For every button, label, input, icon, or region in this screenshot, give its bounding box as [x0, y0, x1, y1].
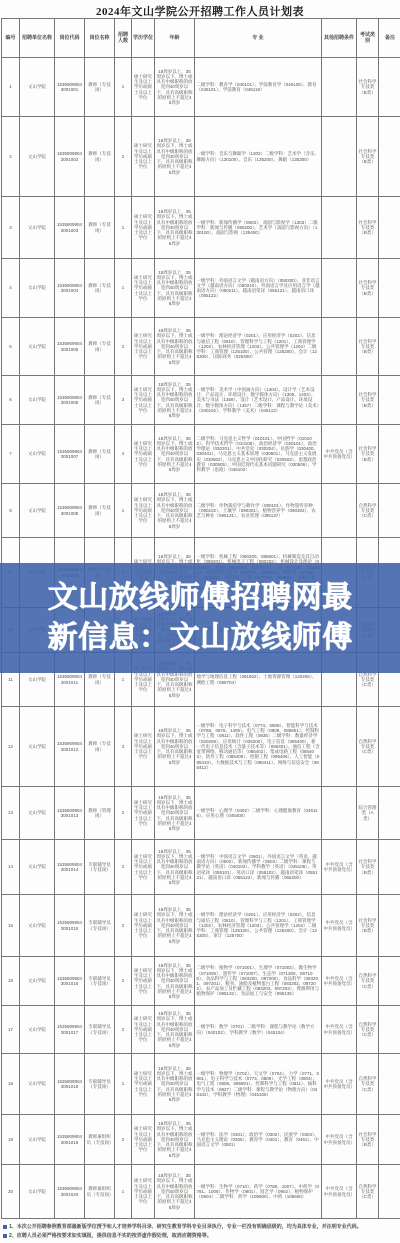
row-no: 6	[2, 376, 20, 425]
row-note	[379, 318, 400, 376]
column-header-age: 年龄	[155, 19, 195, 58]
row-exam: 综合管理类（A类）	[357, 787, 379, 840]
column-header-degree: 学历学位	[132, 19, 155, 58]
row-post: 教师兼组织员（专技岗）	[85, 1115, 115, 1165]
row-major: 一级学科：理论经济学（0201）、应用经济学（0202）、信息与通信工程（081…	[195, 895, 322, 957]
row-note	[379, 425, 400, 484]
row-other: 中共党员（含中共预备党员）	[322, 1115, 357, 1165]
row-other	[322, 117, 357, 197]
row-degree: 硕士研究生及以上学历或硕士及以上学位	[132, 197, 155, 259]
row-code: 1535909904 3001017	[55, 1006, 85, 1054]
column-header-no: 编号	[2, 19, 20, 58]
row-no: 15	[2, 895, 20, 957]
row-count: 1	[115, 259, 132, 318]
row-other	[322, 376, 357, 425]
row-major: 一级学科：外国语言文学（越南语方向）（050200）、亚非语言文学（越南语方向）…	[195, 259, 322, 318]
note-bullet-icon	[3, 1234, 7, 1238]
row-post: 教师（专技岗）	[85, 58, 115, 117]
row-no: 12	[2, 707, 20, 787]
row-post: 教师（专技岗）	[85, 707, 115, 787]
column-header-post: 岗位名称	[85, 19, 115, 58]
row-count: 1	[115, 197, 132, 259]
row-age: 18周岁以上，35周岁以下，博士或具有中级职称的放宽到40周岁以下，具有高级职称…	[155, 425, 195, 484]
row-code: 1535909904 3001004	[55, 259, 85, 318]
note-line: 2、应聘人员必须严格按要求如实填报，提供信息不实的按弄虚作假处理，取消应聘资格等…	[3, 1232, 397, 1241]
row-age: 18周岁以上，35周岁以下，博士或具有中级职称的放宽到40周岁以下，具有高级职称…	[155, 484, 195, 538]
row-post: 专职辅导员（专技岗）	[85, 1054, 115, 1115]
row-count: 3	[115, 376, 132, 425]
column-header-major: 专 业	[195, 19, 322, 58]
row-post: 专职辅导员（专技岗）	[85, 840, 115, 895]
table-row: 19文山学院1535909904 3001019教师兼组织员（专技岗）2硕士研究…	[2, 1115, 400, 1165]
row-post: 专职辅导员（专技岗）	[85, 957, 115, 1006]
row-major: 一级学科：心理学（0402）二级学科：心理健康教育（045116）、应用心理（0…	[195, 787, 322, 840]
row-count: 1	[115, 1165, 132, 1219]
row-unit: 文山学院	[20, 1165, 55, 1219]
row-code: 1535909904 3001007	[55, 425, 85, 484]
row-exam: 自然科学专技类（C类）	[357, 957, 379, 1006]
row-no: 13	[2, 787, 20, 840]
row-major: 一级学科：新闻传播学（0503）、戏剧与影视学（1303）二级学科：新闻与传播（…	[195, 197, 322, 259]
row-degree: 硕士研究生及以上学历或硕士及以上学位	[132, 117, 155, 197]
row-unit: 文山学院	[20, 484, 55, 538]
row-code: 1535909904 3001019	[55, 1115, 85, 1165]
row-exam: 社会科学专技类（B类）	[357, 318, 379, 376]
table-row: 8文山学院1535909904 3001008教师（专技岗）1硕士研究生及以上学…	[2, 484, 400, 538]
note-line: 1、本次公开招聘参照教育部最新版学位授予和人才培养学科目录、研究生教育学科专业目…	[3, 1223, 397, 1232]
row-no: 16	[2, 957, 20, 1006]
row-unit: 文山学院	[20, 707, 55, 787]
row-no: 1	[2, 58, 20, 117]
row-other: 中共党员（含中共预备党员）	[322, 1054, 357, 1115]
row-age: 18周岁以上，35周岁以下，博士或具有中级职称的放宽到40周岁以下，具有高级职称…	[155, 1006, 195, 1054]
row-exam: 自然科学专技类（C类）	[357, 1006, 379, 1054]
column-header-note: 备注	[379, 19, 400, 58]
row-code: 1535909904 3001018	[55, 1054, 85, 1115]
row-degree: 硕士研究生及以上学历或硕士及以上学位	[132, 957, 155, 1006]
row-major: 一级学科：数学（0701）二级学科：课程与教学论（数学方向）（040102）、学…	[195, 1006, 322, 1054]
row-degree: 硕士研究生及以上学历或硕士及以上学位	[132, 787, 155, 840]
row-no: 3	[2, 197, 20, 259]
column-header-count: 招聘人数	[115, 19, 132, 58]
row-exam: 自然科学专技类（C类）	[357, 1165, 379, 1219]
row-note	[379, 1115, 400, 1165]
row-code: 1535909904 3001012	[55, 707, 85, 787]
row-age: 18周岁以上，35周岁以下，博士或具有中级职称的放宽到40周岁以下，具有高级职称…	[155, 318, 195, 376]
column-header-exam: 考试类别	[357, 19, 379, 58]
row-count: 1	[115, 484, 132, 538]
row-count: 2	[115, 957, 132, 1006]
table-header-row: 编号招聘单位名称岗位代码岗位名称招聘人数学历学位年龄专 业其他招聘条件考试类别备…	[2, 19, 400, 58]
table-row: 7文山学院1535909904 3001007教师（专技岗）4硕士研究生及以上学…	[2, 425, 400, 484]
row-code: 1535909904 3001006	[55, 376, 85, 425]
row-count: 3	[115, 707, 132, 787]
row-exam: 自然科学专技类（C类）	[357, 484, 379, 538]
row-age: 18周岁以上，35周岁以下，博士或具有中级职称的放宽到40周岁以下，具有高级职称…	[155, 957, 195, 1006]
row-no: 19	[2, 1115, 20, 1165]
row-unit: 文山学院	[20, 58, 55, 117]
row-no: 4	[2, 259, 20, 318]
row-code: 1535909904 3001020	[55, 1165, 85, 1219]
row-other	[322, 318, 357, 376]
row-post: 教师兼组织员（专技岗）	[85, 1165, 115, 1219]
page-title: 2024年文山学院公开招聘工作人员计划表	[0, 0, 400, 18]
table-row: 20文山学院1535909904 3001020教师兼组织员（专技岗）1硕士研究…	[2, 1165, 400, 1219]
row-note	[379, 895, 400, 957]
row-age: 18周岁以上，35周岁以下，博士或具有中级职称的放宽到40周岁以下，具有高级职称…	[155, 840, 195, 895]
row-other	[322, 707, 357, 787]
row-no: 20	[2, 1165, 20, 1219]
table-row: 3文山学院1535909904 3001003教师（专技岗）1硕士研究生及以上学…	[2, 197, 400, 259]
row-count: 2	[115, 840, 132, 895]
row-major: 一级学科：中国语言文学（0501）、外国语言文学（英语、越南语方向）（0502）…	[195, 840, 322, 895]
row-unit: 文山学院	[20, 376, 55, 425]
row-age: 18周岁以上，35周岁以下，博士或具有中级职称的放宽到40周岁以下，具有高级职称…	[155, 707, 195, 787]
row-code: 1535909904 3001015	[55, 895, 85, 957]
row-note	[379, 484, 400, 538]
row-no: 7	[2, 425, 20, 484]
banner-text-line2: 新信息：文山放线师傅	[48, 618, 353, 658]
row-unit: 文山学院	[20, 117, 55, 197]
row-note	[379, 840, 400, 895]
row-count: 2	[115, 895, 132, 957]
row-age: 18周岁以上，35周岁以下，博士或具有中级职称的放宽到40周岁以下，具有高级职称…	[155, 376, 195, 425]
row-degree: 硕士研究生及以上学历或硕士及以上学位	[132, 1054, 155, 1115]
row-exam: 社会科学专技类（B类）	[357, 425, 379, 484]
column-header-other: 其他招聘条件	[322, 19, 357, 58]
row-age: 18周岁以上，35周岁以下，博士或具有中级职称的放宽到40周岁以下，具有高级职称…	[155, 1115, 195, 1165]
row-unit: 文山学院	[20, 1115, 55, 1165]
row-no: 8	[2, 484, 20, 538]
row-major: 二级学科：植物学（071001）、生理学（071003）、微生物学（071005…	[195, 957, 322, 1006]
row-other: 中共党员（含中共预备党员）	[322, 840, 357, 895]
table-row: 2文山学院1535909904 3001002教师（专技岗）2硕士研究生及以上学…	[2, 117, 400, 197]
row-post: 教师（专技岗）	[85, 197, 115, 259]
row-degree: 硕士研究生及以上学历或硕士及以上学位	[132, 484, 155, 538]
row-other	[322, 484, 357, 538]
row-unit: 文山学院	[20, 840, 55, 895]
row-other: 中共党员（含中共预备党员）	[322, 1006, 357, 1054]
row-exam: 社会科学专技类（B类）	[357, 376, 379, 425]
row-unit: 文山学院	[20, 1054, 55, 1115]
promo-banner-overlay: 文山放线师傅招聘网最 新信息：文山放线师傅	[0, 563, 400, 673]
row-note	[379, 1006, 400, 1054]
table-row: 13文山学院1535909904 3001013教师（管理岗）2硕士研究生及以上…	[2, 787, 400, 840]
row-major: 一级学科：音乐与舞蹈学（1302）二级学科：艺术学（音乐、舞蹈方向）（13010…	[195, 117, 322, 197]
row-no: 5	[2, 318, 20, 376]
table-row: 1文山学院1535909904 3001001教师（专技岗）1硕士研究生及以上学…	[2, 58, 400, 117]
note-text: 1、本次公开招聘参照教育部最新版学位授予和人才培养学科目录、研究生教育学科专业目…	[9, 1223, 397, 1232]
row-major: 二级学科：作物栽培学与耕作学（090101）、作物遗传育种（090102）、土壤…	[195, 484, 322, 538]
row-other	[322, 259, 357, 318]
row-exam: 社会科学专技类（B类）	[357, 1115, 379, 1165]
row-unit: 文山学院	[20, 787, 55, 840]
row-code: 1535909904 3001014	[55, 840, 85, 895]
row-post: 教师（管理岗）	[85, 787, 115, 840]
column-header-unit: 招聘单位名称	[20, 19, 55, 58]
row-no: 14	[2, 840, 20, 895]
row-no: 18	[2, 1054, 20, 1115]
row-code: 1535909904 3001008	[55, 484, 85, 538]
row-degree: 硕士研究生及以上学历或硕士及以上学位	[132, 1006, 155, 1054]
row-note	[379, 707, 400, 787]
row-degree: 硕士研究生及以上学历或硕士及以上学位	[132, 425, 155, 484]
row-note	[379, 58, 400, 117]
row-age: 18周岁以上，35周岁以下，博士或具有中级职称的放宽到40周岁以下，具有高级职称…	[155, 58, 195, 117]
row-major: 二级学科：教育学（040101）、学前教育学（040105）、教育（045101…	[195, 58, 322, 117]
row-age: 18周岁以上，35周岁以下，博士或具有中级职称的放宽到40周岁以下，具有高级职称…	[155, 1054, 195, 1115]
row-count: 4	[115, 425, 132, 484]
row-major: 一级学科：法学（0301）、政治学（0302）、民族学（0304）、马克思主义理…	[195, 1115, 322, 1165]
row-degree: 硕士研究生及以上学历或硕士及以上学位	[132, 707, 155, 787]
row-count: 2	[115, 1006, 132, 1054]
row-code: 1535909904 3001002	[55, 117, 85, 197]
row-age: 18周岁以上，35周岁以下，博士或具有中级职称的放宽到40周岁以下，具有高级职称…	[155, 787, 195, 840]
row-post: 教师（专技岗）	[85, 484, 115, 538]
table-row: 5文山学院1535909904 3001005教师（专技岗）2硕士研究生及以上学…	[2, 318, 400, 376]
row-other: 中共党员（含中共预备党员）	[322, 957, 357, 1006]
row-unit: 文山学院	[20, 318, 55, 376]
row-age: 18周岁以上，35周岁以下，博士或具有中级职称的放宽到40周岁以下，具有高级职称…	[155, 117, 195, 197]
table-row: 4文山学院1535909904 3001004教师（专技岗）1硕士研究生及以上学…	[2, 259, 400, 318]
row-degree: 硕士研究生及以上学历或硕士及以上学位	[132, 840, 155, 895]
row-note	[379, 787, 400, 840]
row-age: 18周岁以上，35周岁以下，博士或具有中级职称的放宽到40周岁以下，具有高级职称…	[155, 895, 195, 957]
table-row: 17文山学院1535909904 3001017专职辅导员（专技岗）2硕士研究生…	[2, 1006, 400, 1054]
table-row: 12文山学院1535909904 3001012教师（专技岗）3硕士研究生及以上…	[2, 707, 400, 787]
table-row: 18文山学院1535909904 3001018专职辅导员（专技岗）1硕士研究生…	[2, 1054, 400, 1115]
row-degree: 硕士研究生及以上学历或硕士及以上学位	[132, 895, 155, 957]
row-age: 18周岁以上，35周岁以下，博士或具有中级职称的放宽到40周岁以下，具有高级职称…	[155, 197, 195, 259]
row-age: 18周岁以上，35周岁以下，博士或具有中级职称的放宽到40周岁以下，具有高级职称…	[155, 1165, 195, 1219]
row-unit: 文山学院	[20, 1006, 55, 1054]
row-exam: 自然科学专技类（C类）	[357, 1054, 379, 1115]
row-other: 中共党员（含中共预备党员）	[322, 895, 357, 957]
row-count: 1	[115, 58, 132, 117]
row-note	[379, 117, 400, 197]
row-count: 2	[115, 318, 132, 376]
row-major: 一级学科：理论经济学（0201）、应用经济学（0202）、信息与通信工程（081…	[195, 318, 322, 376]
row-post: 教师（专技岗）	[85, 425, 115, 484]
row-other	[322, 58, 357, 117]
row-major: 一级学科：美术学（中国画方向）（1304）、设计学（艺术设计、产品设计、环境设计…	[195, 376, 322, 425]
row-code: 1535909904 3001005	[55, 318, 85, 376]
row-unit: 文山学院	[20, 425, 55, 484]
row-code: 1535909904 3001003	[55, 197, 85, 259]
row-code: 1535909904 3001016	[55, 957, 85, 1006]
table-row: 14文山学院1535909904 3001014专职辅导员（专技岗）2硕士研究生…	[2, 840, 400, 895]
row-count: 2	[115, 787, 132, 840]
row-post: 教师（专技岗）	[85, 376, 115, 425]
row-major: 一级学科：物理学（0702）、天文学（0704）、力学（0771、0801）、电…	[195, 1054, 322, 1115]
row-degree: 硕士研究生及以上学历或硕士及以上学位	[132, 58, 155, 117]
row-other	[322, 197, 357, 259]
row-degree: 硕士研究生及以上学历或硕士及以上学位	[132, 318, 155, 376]
row-code: 1535909904 3001001	[55, 58, 85, 117]
row-note	[379, 1054, 400, 1115]
row-no: 17	[2, 1006, 20, 1054]
row-exam: 自然科学专技类（C类）	[357, 707, 379, 787]
row-post: 教师（专技岗）	[85, 318, 115, 376]
row-note	[379, 957, 400, 1006]
row-unit: 文山学院	[20, 197, 55, 259]
row-other: 中共党员（含中共预备党员）	[322, 1165, 357, 1219]
row-degree: 硕士研究生及以上学历或硕士及以上学位	[132, 376, 155, 425]
row-note	[379, 197, 400, 259]
note-bullet-icon	[3, 1225, 7, 1229]
banner-text-line1: 文山放线师傅招聘网最	[48, 578, 353, 618]
row-post: 专职辅导员（专技岗）	[85, 895, 115, 957]
row-note	[379, 376, 400, 425]
table-row: 15文山学院1535909904 3001015专职辅导员（专技岗）2硕士研究生…	[2, 895, 400, 957]
row-unit: 文山学院	[20, 957, 55, 1006]
row-exam: 社会科学专技类（B类）	[357, 197, 379, 259]
row-major: 一级学科：生物学（0710）、药学（0780、1007）、中药学（0781、10…	[195, 1165, 322, 1219]
column-header-code: 岗位代码	[55, 19, 85, 58]
row-count: 2	[115, 117, 132, 197]
note-text: 2、应聘人员必须严格按要求如实填报，提供信息不实的按弄虚作假处理，取消应聘资格等…	[9, 1232, 397, 1241]
row-note	[379, 1165, 400, 1219]
row-no: 2	[2, 117, 20, 197]
row-exam: 社会科学专技类（B类）	[357, 117, 379, 197]
table-row: 16文山学院1535909904 3001016专职辅导员（专技岗）2硕士研究生…	[2, 957, 400, 1006]
row-other	[322, 787, 357, 840]
row-post: 教师（专技岗）	[85, 117, 115, 197]
row-exam: 社会科学专技类（B类）	[357, 259, 379, 318]
row-exam: 社会科学专技类（B类）	[357, 58, 379, 117]
row-degree: 硕士研究生及以上学历或硕士及以上学位	[132, 259, 155, 318]
row-other: 中共党员（含中共预备党员）	[322, 425, 357, 484]
row-note	[379, 259, 400, 318]
row-major: 二级学科：马克思主义哲学（010101）、中国哲学（010102）、科学技术哲学…	[195, 425, 322, 484]
table-row: 6文山学院1535909904 3001006教师（专技岗）3硕士研究生及以上学…	[2, 376, 400, 425]
row-count: 1	[115, 1054, 132, 1115]
row-degree: 硕士研究生及以上学历或硕士及以上学位	[132, 1165, 155, 1219]
row-unit: 文山学院	[20, 259, 55, 318]
row-unit: 文山学院	[20, 895, 55, 957]
row-post: 教师（专技岗）	[85, 259, 115, 318]
footer-notes: 1、本次公开招聘参照教育部最新版学位授予和人才培养学科目录、研究生教育学科专业目…	[3, 1223, 397, 1240]
row-post: 专职辅导员（专技岗）	[85, 1006, 115, 1054]
row-code: 1535909904 3001013	[55, 787, 85, 840]
row-count: 2	[115, 1115, 132, 1165]
row-age: 18周岁以上，35周岁以下，博士或具有中级职称的放宽到40周岁以下，具有高级职称…	[155, 259, 195, 318]
row-degree: 硕士研究生及以上学历或硕士及以上学位	[132, 1115, 155, 1165]
row-exam: 社会科学专技类（B类）	[357, 840, 379, 895]
row-exam: 社会科学专技类（B类）	[357, 895, 379, 957]
row-major: 一级学科：电子科学与技术（0774、0809）、智能科学与技术（0788、087…	[195, 707, 322, 787]
